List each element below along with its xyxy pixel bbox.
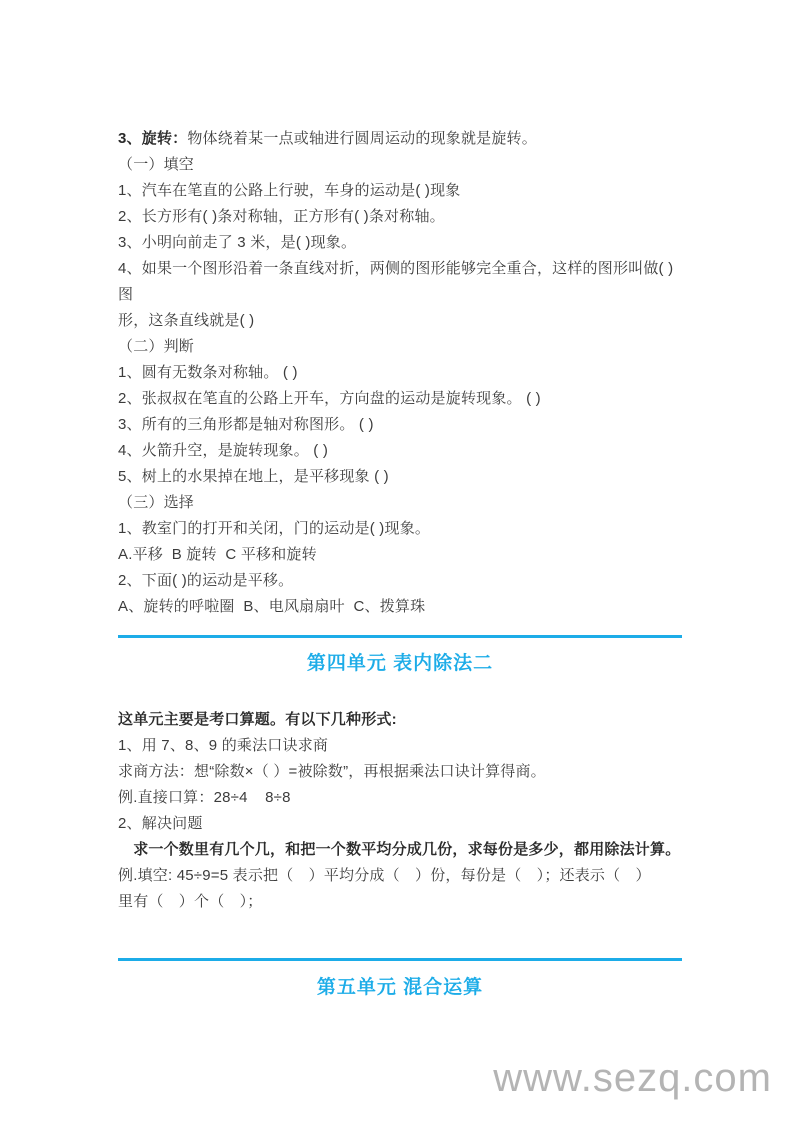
text-line: A、旋转的呼啦圈 B、电风扇扇叶 C、拨算珠 xyxy=(118,594,684,620)
text-line: 5、树上的水果掉在地上，是平移现象 ( ) xyxy=(118,464,684,490)
text-line: 求商方法：想“除数×（ ）=被除数”，再根据乘法口诀计算得商。 xyxy=(118,759,684,785)
text-line: 2、长方形有( )条对称轴，正方形有( )条对称轴。 xyxy=(118,204,684,230)
watermark: www.sezq.com xyxy=(493,1056,772,1100)
unit5-heading: 第五单元 混合运算 xyxy=(0,975,800,1001)
text-line: 3、旋转：物体绕着某一点或轴进行圆周运动的现象就是旋转。 xyxy=(118,126,684,152)
text-line: 求一个数里有几个几，和把一个数平均分成几份，求每份是多少，都用除法计算。 xyxy=(118,837,684,863)
text-line: 4、如果一个图形沿着一条直线对折，两侧的图形能够完全重合，这样的图形叫做( )图 xyxy=(118,256,684,308)
text-line: 3、小明向前走了 3 米，是( )现象。 xyxy=(118,230,684,256)
text-line: 3、所有的三角形都是轴对称图形。 ( ) xyxy=(118,412,684,438)
text-line: （一）填空 xyxy=(118,152,684,178)
text-line: 例.填空: 45÷9=5 表示把（ ）平均分成（ ）份，每份是（ ）；还表示（ … xyxy=(118,863,684,889)
unit4-content-block: 这单元主要是考口算题。有以下几种形式:1、用 7、8、9 的乘法口诀求商求商方法… xyxy=(118,707,684,915)
document-page: 3、旋转：物体绕着某一点或轴进行圆周运动的现象就是旋转。（一）填空1、汽车在笔直… xyxy=(0,0,800,1131)
rotation-review-block: 3、旋转：物体绕着某一点或轴进行圆周运动的现象就是旋转。（一）填空1、汽车在笔直… xyxy=(118,126,684,620)
text-line: 1、用 7、8、9 的乘法口诀求商 xyxy=(118,733,684,759)
text-line: 2、张叔叔在笔直的公路上开车，方向盘的运动是旋转现象。 ( ) xyxy=(118,386,684,412)
text-line: 2、解决问题 xyxy=(118,811,684,837)
text-line: A.平移 B 旋转 C 平移和旋转 xyxy=(118,542,684,568)
text-line: 2、下面( )的运动是平移。 xyxy=(118,568,684,594)
text-line: 形，这条直线就是( ) xyxy=(118,308,684,334)
text-line: （二）判断 xyxy=(118,334,684,360)
text-line: 1、圆有无数条对称轴。 ( ) xyxy=(118,360,684,386)
text-line: 这单元主要是考口算题。有以下几种形式: xyxy=(118,707,684,733)
unit4-heading: 第四单元 表内除法二 xyxy=(0,651,800,677)
text-line: 4、火箭升空，是旋转现象。 ( ) xyxy=(118,438,684,464)
section-divider-unit4 xyxy=(118,635,682,638)
text-line: 例.直接口算：28÷4 8÷8 xyxy=(118,785,684,811)
text-line: 1、汽车在笔直的公路上行驶，车身的运动是( )现象 xyxy=(118,178,684,204)
text-line: 1、教室门的打开和关闭，门的运动是( )现象。 xyxy=(118,516,684,542)
text-line: 里有（ ）个（ ）； xyxy=(118,889,684,915)
section-divider-unit5 xyxy=(118,958,682,961)
text-line: （三）选择 xyxy=(118,490,684,516)
